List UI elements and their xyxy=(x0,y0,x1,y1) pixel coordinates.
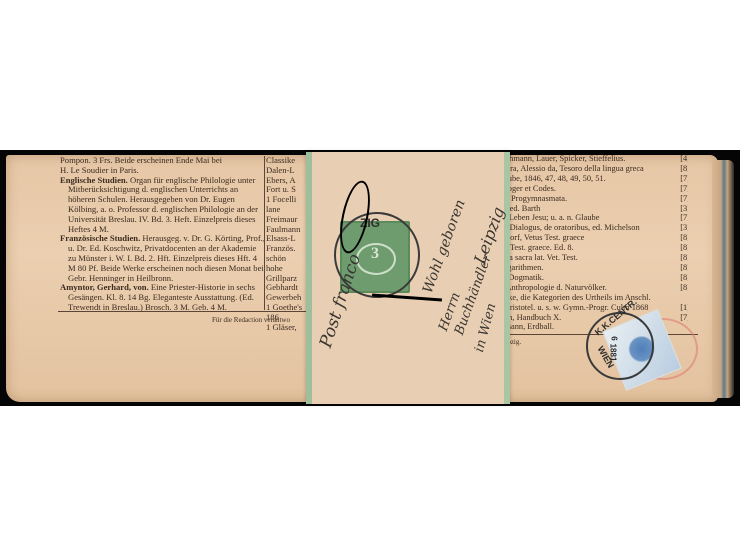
catalog-number: [8] xyxy=(680,263,688,273)
catalog-row: , Roger et Codes.[7] xyxy=(498,184,688,194)
catalog-row: ert, Progymnasmata.[7] xyxy=(498,194,688,204)
catalog-row: endorf, Vetus Test. graece[8] xyxy=(498,233,688,243)
catalog-title: overa, Alessio da, Tesoro della lingua g… xyxy=(498,164,644,173)
catalog-row: ar, Dogmatik.[8] xyxy=(498,273,688,283)
catalog-number: [7] xyxy=(680,313,688,323)
catalog-title: ss, Leben Jesu; u. a. n. Glaube xyxy=(498,213,599,222)
catalog-number: [8] xyxy=(680,283,688,293)
catalog-row: iblia sacra lat. Vet. Test.[8] xyxy=(498,253,688,263)
catalog-number: [3] xyxy=(680,223,688,233)
catalog-row: Logarithmen.[8] xyxy=(498,263,688,273)
catalog-number: [8] xyxy=(680,233,688,243)
catalog-number: [7] xyxy=(680,213,688,223)
catalog-number: [7] xyxy=(680,184,688,194)
catalog-row: ntzke, die Kategorien des Urtheils im An… xyxy=(498,293,688,303)
folded-paper-edge xyxy=(712,160,734,398)
catalog-title: us, Dialogus, de oratoribus, ed. Michels… xyxy=(498,223,640,232)
catalog-number: [8] xyxy=(680,253,688,263)
catalog-number: [4] xyxy=(680,154,688,164)
catalog-row: us, ed. Barth[3] xyxy=(498,204,688,214)
catalog-number: [8] xyxy=(680,273,688,283)
catalog-row: overa, Alessio da, Tesoro della lingua g… xyxy=(498,164,688,174)
catalog-row: n Aristotel. u. s. w. Gymn.-Progr. Culm … xyxy=(498,303,688,313)
entry-franzoesische-studien: Französische Studien. Herausgeg. v. Dr. … xyxy=(60,234,265,283)
printed-column-right: Jochmann, Lauer, Spicker, Stieffelius.[4… xyxy=(498,154,688,332)
catalog-number: [8] xyxy=(680,243,688,253)
catalog-title: endorf, Vetus Test. graece xyxy=(498,233,584,242)
catalog-row: us, Dialogus, de oratoribus, ed. Michels… xyxy=(498,223,688,233)
entry-amyntor: Amyntor, Gerhard, von. Eine Priester-His… xyxy=(60,283,265,312)
postmark-date: 6 xyxy=(610,336,619,340)
column-divider xyxy=(264,156,265,310)
catalog-number: [8] xyxy=(680,164,688,174)
catalog-number: [7] xyxy=(680,174,688,184)
catalog-row: z, Anthropologie d. Naturvölker.[8] xyxy=(498,283,688,293)
catalog-row: nstube, 1846, 47, 48, 49, 50, 51.[7] xyxy=(498,174,688,184)
catalog-title: z, Anthropologie d. Naturvölker. xyxy=(498,283,607,292)
catalog-row: ov. Test. graece. Ed. 8.[8] xyxy=(498,243,688,253)
catalog-title: Jochmann, Lauer, Spicker, Stieffelius. xyxy=(498,154,625,163)
vienna-postmark xyxy=(586,312,654,380)
catalog-row: ss, Leben Jesu; u. a. n. Glaube[7] xyxy=(498,213,688,223)
catalog-row: Jochmann, Lauer, Spicker, Stieffelius.[4… xyxy=(498,154,688,164)
catalog-number: [3] xyxy=(680,204,688,214)
entry-englische-studien: Englische Studien. Organ für englische P… xyxy=(60,176,265,235)
postmark-year: 1881 xyxy=(608,344,617,362)
catalog-title: nstube, 1846, 47, 48, 49, 50, 51. xyxy=(498,174,606,183)
catalog-number: [7] xyxy=(680,194,688,204)
catalog-number: [1] xyxy=(680,303,688,313)
printed-column-left: Pompon. 3 Frs. Beide erscheinen Ende Mai… xyxy=(60,156,265,313)
